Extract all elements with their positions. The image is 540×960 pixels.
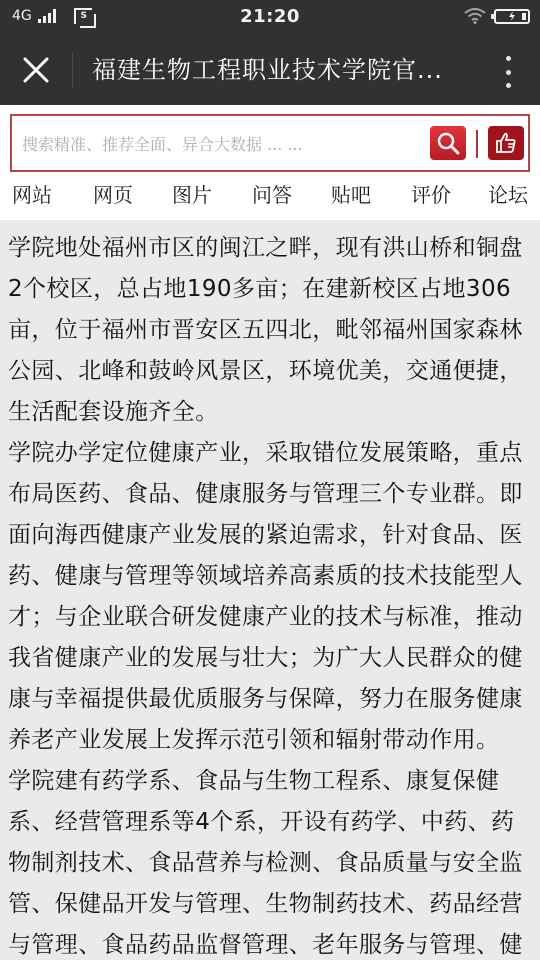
close-button[interactable]: [16, 50, 56, 90]
content-line: 生活配套设施齐全。: [8, 392, 536, 433]
content-line: 系、经营管理系等4个系，开设有药学、中药、药: [8, 802, 536, 843]
content-line: 药、健康与管理等领域培养高素质的技术技能型人: [8, 556, 536, 597]
tab-qa[interactable]: 问答: [252, 181, 292, 209]
tab-website[interactable]: 网站: [12, 181, 52, 209]
search-button[interactable]: [430, 126, 466, 160]
status-right: [464, 8, 530, 24]
content-line: 物制剂技术、食品营养与检测、食品质量与安全监: [8, 843, 536, 884]
content-line: 才；与企业联合研发健康产业的技术与标准，推动: [8, 597, 536, 638]
status-bar: 4G S 21:20: [0, 0, 540, 36]
tab-images[interactable]: 图片: [172, 181, 212, 209]
search-icon: [436, 131, 460, 155]
tab-forum[interactable]: 论坛: [488, 181, 528, 209]
content-line: 康与幸福提供最优质服务与保障，努力在服务健康: [8, 679, 536, 720]
content-line: 面向海西健康产业发展的紧迫需求，针对食品、医: [8, 515, 536, 556]
more-vertical-icon: [506, 56, 511, 61]
article-content: 学院地处福州市区的闽江之畔，现有洪山桥和铜盘 2个校区，总占地190多亩；在建新…: [8, 228, 536, 960]
content-line: 学院地处福州市区的闽江之畔，现有洪山桥和铜盘: [8, 228, 536, 269]
content-line: 养老产业发展上发挥示范引领和辐射带动作用。: [8, 720, 536, 761]
thumbs-up-icon: [494, 131, 518, 155]
nav-divider: [72, 52, 73, 88]
like-button[interactable]: [488, 126, 524, 160]
content-line: 公园、北峰和鼓岭风景区，环境优美，交通便捷，: [8, 351, 536, 392]
more-options-button[interactable]: [498, 54, 518, 90]
nav-bar: 福建生物工程职业技术学院官...: [0, 36, 540, 105]
content-line: 学院办学定位健康产业，采取错位发展策略，重点: [8, 433, 536, 474]
page-title: 福建生物工程职业技术学院官...: [92, 54, 472, 86]
content-line: 学院建有药学系、食品与生物工程系、康复保健: [8, 761, 536, 802]
tab-tieba[interactable]: 贴吧: [331, 181, 371, 209]
more-vertical-icon: [506, 83, 511, 88]
more-vertical-icon: [506, 70, 511, 75]
tab-webpage[interactable]: 网页: [93, 181, 133, 209]
content-line: 亩，位于福州市晋安区五四北，毗邻福州国家森林: [8, 310, 536, 351]
battery-charging-icon: [494, 9, 530, 24]
content-line: 布局医药、食品、健康服务与管理三个专业群。即: [8, 474, 536, 515]
close-icon: [23, 57, 49, 83]
search-area: 网站 网页 图片 问答 贴吧 评价 论坛: [0, 105, 540, 220]
status-time: 21:20: [0, 6, 540, 27]
content-line: 与管理、食品药品监督管理、老年服务与管理、健: [8, 925, 536, 960]
search-input[interactable]: [22, 128, 412, 160]
content-line: 管、保健品开发与管理、生物制药技术、药品经营: [8, 884, 536, 925]
wifi-icon: [464, 8, 486, 24]
category-tabs: 网站 网页 图片 问答 贴吧 评价 论坛: [0, 181, 540, 211]
button-separator: [476, 130, 478, 158]
content-line: 我省健康产业的发展与壮大；为广大人民群众的健: [8, 638, 536, 679]
tab-reviews[interactable]: 评价: [411, 181, 451, 209]
search-box: [10, 114, 530, 172]
content-line: 2个校区，总占地190多亩；在建新校区占地306: [8, 269, 536, 310]
